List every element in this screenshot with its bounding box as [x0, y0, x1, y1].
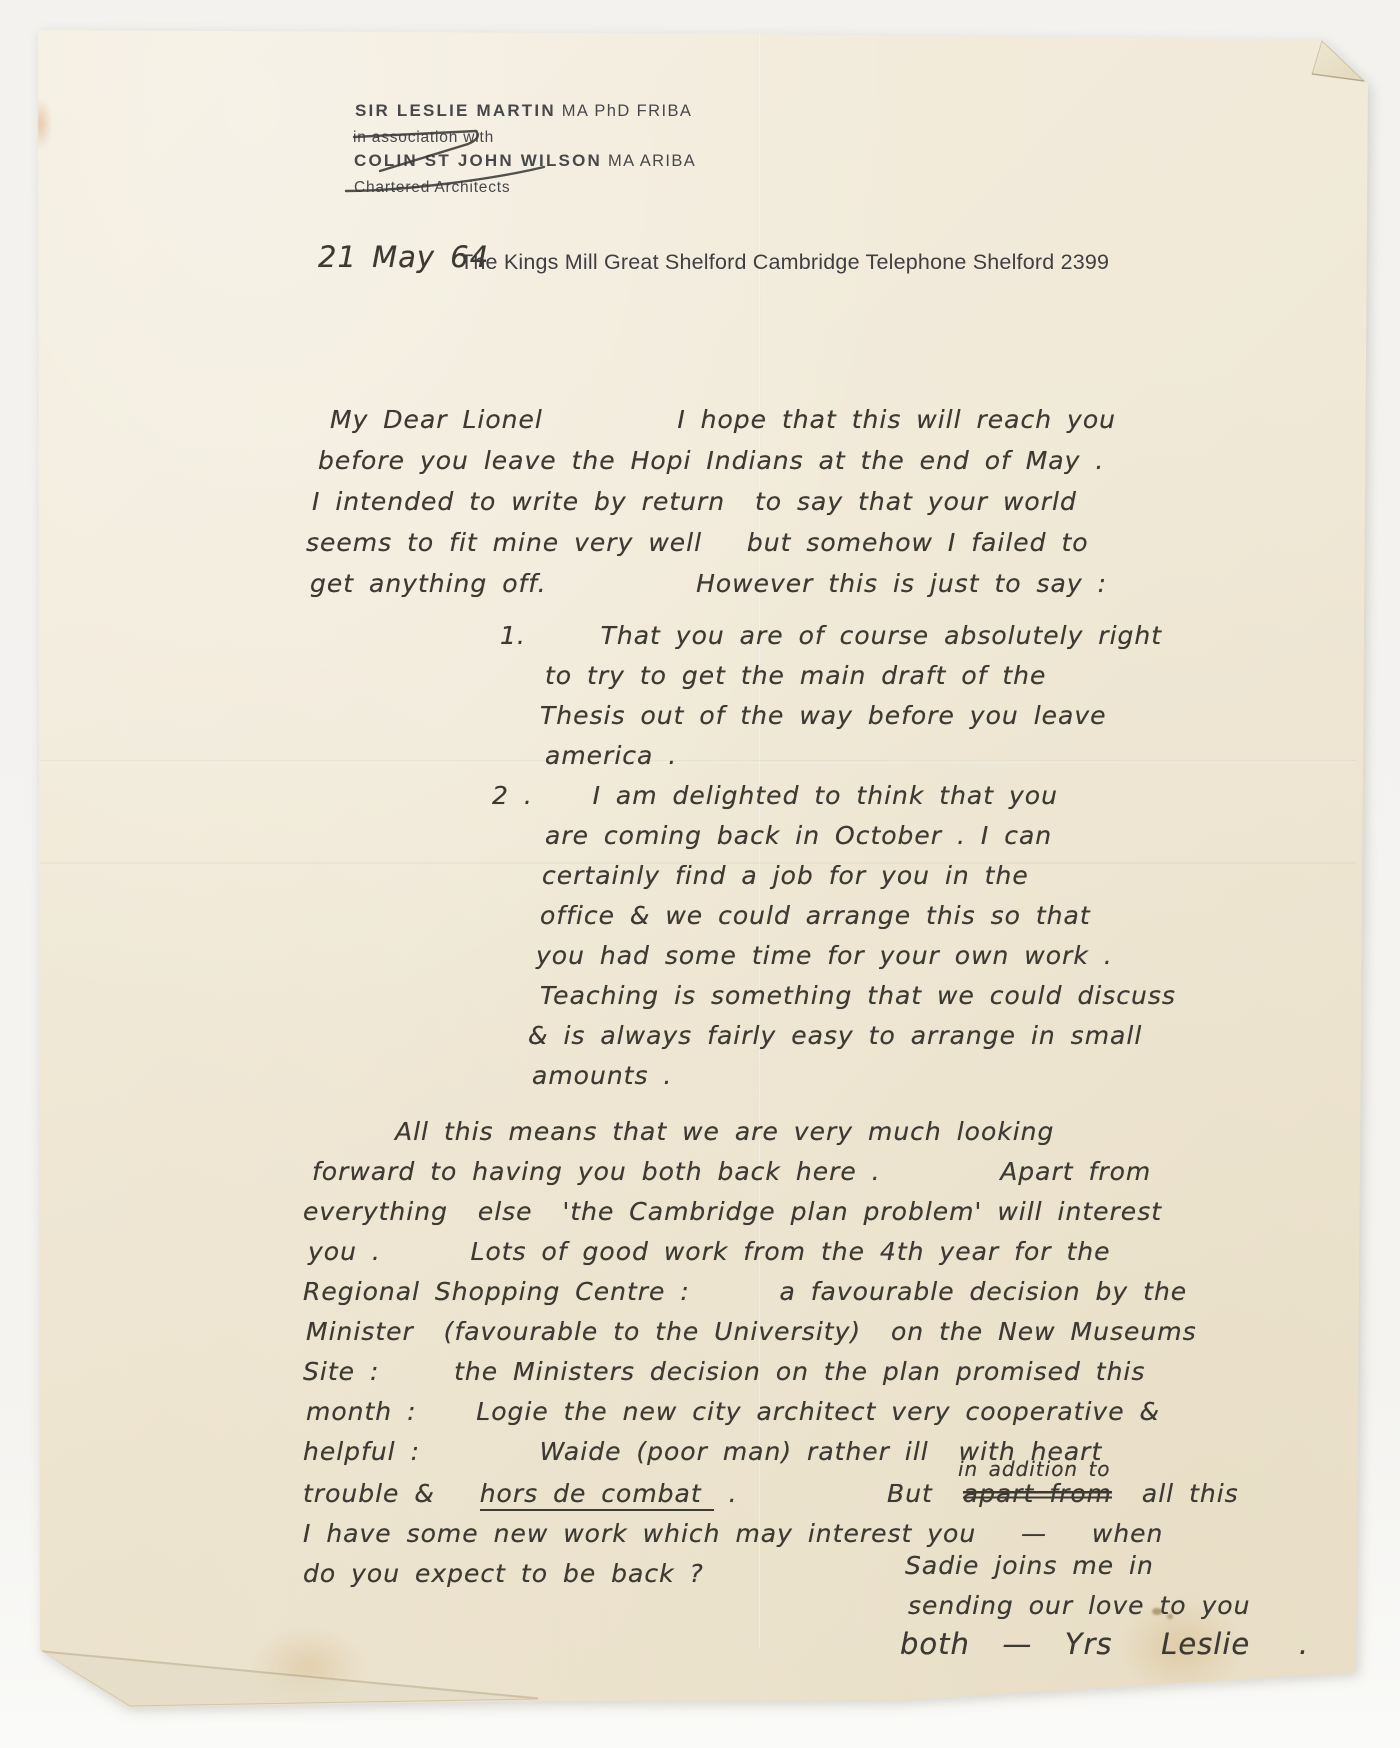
handwritten-line: you . Lots of good work from the 4th yea… — [308, 1238, 1111, 1267]
handwritten-line: I have some new work which may interest … — [303, 1520, 1163, 1549]
scan-background: SIR LESLIE MARTIN MA PhD FRIBA in associ… — [0, 0, 1400, 1748]
letter-paper: SIR LESLIE MARTIN MA PhD FRIBA in associ… — [0, 0, 1400, 1748]
letterhead-subtitle: Chartered Architects — [354, 179, 510, 197]
handwritten-line: do you expect to be back ? — [303, 1560, 704, 1589]
handwritten-line: seems to fit mine very well but somehow … — [306, 529, 1089, 558]
handwritten-line: get anything off. However this is just t… — [310, 570, 1107, 599]
handwritten-line: america . — [545, 742, 677, 771]
letterhead-name-primary-text: SIR LESLIE MARTIN — [355, 101, 556, 120]
handwritten-line: sending our love to you — [908, 1592, 1250, 1621]
handwritten-line: Thesis out of the way before you leave — [540, 702, 1107, 731]
handwritten-line: month : Logie the new city architect ver… — [306, 1398, 1160, 1427]
handwritten-line: to try to get the main draft of the — [545, 662, 1046, 691]
handwritten-line: & is always fairly easy to arrange in sm… — [528, 1022, 1142, 1051]
handwritten-line: trouble & hors de combat . But apart fro… — [303, 1480, 1239, 1509]
letterhead-association-line: in association with — [353, 129, 494, 147]
handwritten-line: are coming back in October . I can — [545, 822, 1052, 851]
handwritten-line: amounts . — [532, 1062, 672, 1091]
handwritten-line: both — Yrs Leslie . — [900, 1628, 1309, 1661]
handwritten-line: Minister (favourable to the University) … — [306, 1318, 1197, 1347]
handwritten-line: Teaching is something that we could disc… — [540, 982, 1176, 1011]
corner-fold-bottom-left — [42, 1651, 538, 1706]
corner-fold-top-right — [1312, 41, 1364, 81]
printed-address: The Kings Mill Great Shelford Cambridge … — [460, 250, 1109, 275]
handwritten-line: 1. That you are of course absolutely rig… — [500, 622, 1162, 651]
letterhead-quals-secondary: MA ARIBA — [602, 152, 696, 170]
handwritten-line: My Dear Lionel I hope that this will rea… — [330, 406, 1116, 435]
handwritten-line: everything else 'the Cambridge plan prob… — [303, 1198, 1162, 1227]
handwritten-line: certainly find a job for you in the — [542, 862, 1029, 891]
handwritten-line: Regional Shopping Centre : a favourable … — [303, 1278, 1187, 1307]
handwritten-line: before you leave the Hopi Indians at the… — [318, 447, 1104, 476]
handwritten-line: Sadie joins me in — [905, 1552, 1154, 1581]
handwritten-line: office & we could arrange this so that — [540, 902, 1091, 931]
paper-shadow-wrap: SIR LESLIE MARTIN MA PhD FRIBA in associ… — [0, 0, 1400, 1748]
handwritten-line: All this means that we are very much loo… — [395, 1118, 1054, 1147]
handwritten-line: forward to having you both back here . A… — [312, 1158, 1151, 1187]
handwritten-line: 2 . I am delighted to think that you — [492, 782, 1058, 811]
handwritten-line: you had some time for your own work . — [536, 942, 1113, 971]
letterhead-quals-primary: MA PhD FRIBA — [556, 102, 692, 120]
stain — [28, 98, 52, 150]
horizontal-fold-crease — [40, 760, 1356, 763]
letterhead-name-primary: SIR LESLIE MARTIN MA PhD FRIBA — [355, 101, 692, 121]
letterhead-name-secondary: COLIN ST JOHN WILSON MA ARIBA — [354, 151, 696, 171]
letterhead-name-secondary-text: COLIN ST JOHN WILSON — [354, 151, 602, 170]
stain — [250, 1628, 365, 1706]
handwritten-line: I intended to write by return to say tha… — [312, 488, 1077, 517]
handwritten-line: Site : the Ministers decision on the pla… — [303, 1358, 1145, 1387]
handwritten-line: in addition to — [958, 1458, 1111, 1481]
